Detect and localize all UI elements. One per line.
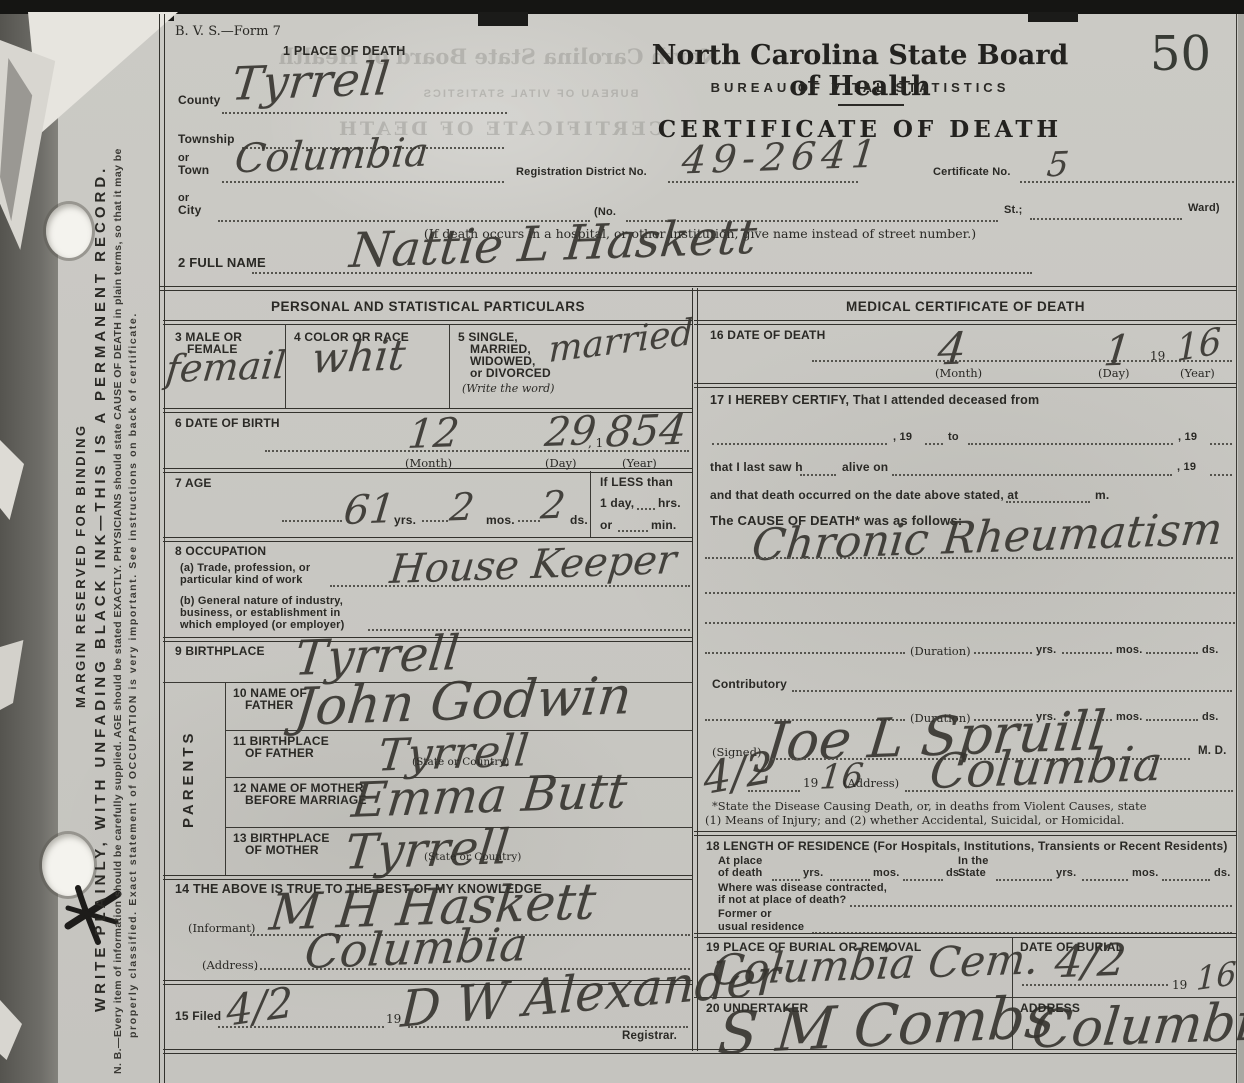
certificate-no-value: 5: [1045, 148, 1070, 183]
or-label: or: [600, 519, 612, 533]
death-year-prefix: 19: [1150, 349, 1165, 363]
res-yrs-2: yrs.: [1056, 867, 1076, 880]
registration-district-line: [668, 181, 858, 183]
age-mos-label: mos.: [486, 514, 515, 528]
death-occurred-label: and that death occurred on the date abov…: [710, 489, 1018, 503]
alive-on-label: alive on: [842, 461, 888, 475]
punch-hole: [46, 204, 92, 258]
mother-state-or-country-caption: (State or Country): [424, 851, 521, 863]
age-line: [422, 520, 448, 522]
footnote-line-1: *State the Disease Causing Death, or, in…: [712, 799, 1147, 813]
header-rule: [838, 104, 904, 106]
certify-label: 17 I HEREBY CERTIFY, That I attended dec…: [710, 393, 1039, 407]
attended-from-line: [712, 443, 887, 445]
row-divider: [694, 383, 1237, 388]
registrar-caption: Registrar.: [622, 1030, 677, 1043]
contributory-label: Contributory: [712, 678, 787, 692]
town-label: Town: [178, 164, 209, 178]
filed-line: [218, 1026, 384, 1028]
at-place-label-1: At place: [718, 855, 762, 868]
date-of-death-line: [812, 360, 1232, 362]
death-occurred-m: m.: [1095, 489, 1109, 503]
at-place-label-2: of death: [718, 867, 762, 880]
mother-name-value: Emma Butt: [350, 767, 630, 825]
age-yrs-label: yrs.: [394, 514, 416, 528]
parents-cell-divider: [225, 682, 226, 875]
page-number: 50: [1150, 26, 1230, 82]
cell-divider: [449, 324, 450, 408]
full-name-value: Nattie L Haskett: [348, 213, 759, 275]
burial-19-prefix: 19: [1172, 978, 1187, 992]
binding-tab: [1028, 12, 1078, 22]
contracted-label-1: Where was disease contracted,: [718, 882, 887, 895]
medical-section-title: MEDICAL CERTIFICATE OF DEATH: [694, 299, 1237, 315]
duration-mos: mos.: [1116, 644, 1142, 657]
town-line: [222, 181, 504, 183]
header-divider: [160, 286, 1237, 291]
row-divider: [163, 468, 693, 473]
alive-line: [1210, 474, 1232, 476]
father-birthplace-label-2: OF FATHER: [245, 747, 314, 761]
margin-binding-note: MARGIN RESERVED FOR BINDING: [74, 423, 89, 708]
st-line: [1030, 218, 1182, 220]
certificate-no-label: Certificate No.: [933, 166, 1011, 179]
res-yrs-1: yrs.: [803, 867, 823, 880]
informant-caption: (Informant): [188, 921, 255, 935]
age-ds-label: ds.: [570, 514, 588, 528]
sign-date-line: [748, 790, 800, 792]
margin-instructions-line2: properly classified. Exact statement of …: [127, 312, 139, 1038]
age-cell-divider: [590, 471, 591, 537]
city-label: City: [178, 204, 201, 218]
burial-year-value: 16: [1196, 957, 1237, 995]
sign-address-line: [905, 790, 1233, 792]
age-line: [282, 520, 342, 522]
res-line: [1082, 879, 1128, 881]
contracted-label-2: if not at place of death?: [718, 894, 846, 907]
age-years-value: 61: [342, 489, 397, 531]
res-line: [830, 879, 870, 881]
min-line: [618, 530, 648, 532]
death-year-caption: (Year): [1180, 366, 1215, 380]
md-label: M. D.: [1198, 745, 1226, 758]
date-of-death-label: 16 DATE OF DEATH: [710, 329, 825, 343]
age-months-value: 2: [448, 487, 476, 526]
county-line: [222, 112, 507, 114]
res-line: [1162, 879, 1210, 881]
duration2-ds: ds.: [1202, 711, 1219, 724]
mother-birthplace-value: Tyrrell: [343, 823, 512, 877]
age-days-value: 2: [539, 485, 567, 524]
occupation-label: 8 OCCUPATION: [175, 545, 266, 559]
burial-place-value: Columbia Cem.: [710, 938, 1041, 992]
margin-instructions-line1: N. B.—Every item of information should b…: [112, 148, 124, 1074]
township-label: Township: [178, 133, 235, 147]
undertaker-signature: S M Combs: [716, 987, 1058, 1063]
sex-value: femail: [164, 346, 288, 388]
occupation-value: House Keeper: [388, 540, 678, 590]
form-id: B. V. S.—Form 7: [175, 24, 281, 39]
duration-caption: (Duration): [910, 644, 971, 658]
attended-line: [1210, 443, 1232, 445]
county-label: County: [178, 94, 221, 108]
occupation-b-label-1: (b) General nature of industry,: [180, 595, 343, 608]
full-name-line: [252, 272, 1032, 274]
death-day-caption: (Day): [1098, 366, 1130, 380]
scanned-death-certificate: MARGIN RESERVED FOR BINDING WRITE PLAINL…: [0, 0, 1244, 1083]
footnote-line-2: (1) Means of Injury; and (2) whether Acc…: [705, 813, 1124, 827]
ghost-bureau-text: BUREAU OF VITAL STATISTICS: [400, 88, 660, 100]
min-label: min.: [651, 519, 676, 533]
occupation-a-line: [330, 585, 690, 587]
adjacent-page-edge: [1238, 12, 1244, 1083]
occupation-a-label-1: (a) Trade, profession, or: [180, 562, 310, 575]
attended-line: [925, 443, 943, 445]
res-line: [996, 879, 1052, 881]
filed-label: 15 Filed: [175, 1010, 221, 1024]
certificate-no-line: [1020, 181, 1234, 183]
birthplace-label: 9 BIRTHPLACE: [175, 645, 265, 659]
registration-district-value: 49-2641: [680, 134, 884, 179]
binding-tab: [478, 12, 528, 26]
dob-label: 6 DATE OF BIRTH: [175, 417, 280, 431]
dob-year-prefix: , 1: [588, 436, 603, 450]
last-saw-label: that I last saw h: [710, 461, 803, 475]
res-line: [903, 879, 943, 881]
if-less-than-label: If LESS than: [600, 476, 673, 490]
registration-district-label: Registration District No.: [516, 166, 647, 179]
duration-lead-line: [705, 652, 905, 654]
hrs-line: [637, 508, 655, 510]
burial-date-value: 4/2: [1053, 939, 1128, 986]
margin-write-plainly-note: WRITE PLAINLY, WITH UNFADING BLACK INK—T…: [92, 165, 109, 1012]
last-saw-line: [800, 474, 836, 476]
form-right-border: [1236, 14, 1237, 1083]
town-value: Columbia: [233, 133, 431, 180]
full-name-label: 2 FULL NAME: [178, 256, 266, 271]
alive-on-19: , 19: [1177, 461, 1196, 474]
parents-vertical-label: PARENTS: [180, 729, 197, 828]
county-value: Tyrrell: [230, 55, 392, 107]
marital-write-word-note: (Write the word): [462, 382, 554, 395]
former-label-2: usual residence: [718, 921, 804, 934]
death-year-value: 16: [1176, 324, 1221, 369]
attended-to-label: to: [948, 431, 959, 444]
form-left-border: [159, 14, 165, 1083]
cause-line-2: [705, 592, 1235, 594]
duration2-mos: mos.: [1116, 711, 1142, 724]
sign-date-value: 4/2: [702, 746, 775, 802]
bureau-subtitle: BUREAU OF VITAL STATISTICS: [650, 80, 1070, 95]
duration-line: [1062, 652, 1112, 654]
attended-to-19: , 19: [1178, 431, 1197, 444]
contracted-line: [850, 905, 1232, 907]
occupation-b-label-2: business, or establishment in: [180, 607, 340, 620]
in-the-label-2: State: [958, 867, 986, 880]
cause-line-3: [705, 622, 1235, 624]
in-the-label-1: In the: [958, 855, 989, 868]
duration-line: [974, 652, 1032, 654]
age-line: [518, 520, 540, 522]
hrs-label: hrs.: [658, 497, 681, 511]
informant-address-caption: (Address): [202, 958, 258, 972]
father-name-label-2: FATHER: [245, 699, 293, 713]
st-label: St.;: [1004, 204, 1023, 217]
race-value: whit: [310, 334, 408, 379]
row-divider: [694, 831, 1237, 836]
res-line: [772, 879, 800, 881]
ward-label: Ward): [1188, 202, 1220, 215]
dob-year-value: 854: [604, 409, 689, 454]
sign-address-caption: (Address): [843, 776, 899, 790]
death-month-caption: (Month): [935, 366, 982, 380]
registrar-line: [408, 1026, 688, 1028]
mother-birthplace-label-2: OF MOTHER: [245, 844, 319, 858]
attended-to-line: [968, 443, 1173, 445]
age-label: 7 AGE: [175, 477, 212, 491]
undertaker-address-value: Columbia: [1029, 996, 1244, 1057]
contributory-line: [792, 690, 1232, 692]
father-state-or-country-caption: (State or Country): [412, 756, 509, 768]
occupation-a-label-2: particular kind of work: [180, 574, 303, 587]
father-name-value: John Godwin: [292, 670, 634, 734]
res-ds-2: ds.: [1214, 867, 1231, 880]
mother-name-label-2: BEFORE MARRIAGE: [245, 794, 367, 808]
sign-address-value: Columbia: [928, 740, 1165, 796]
cause-line-1: [705, 557, 1233, 559]
former-label-1: Former or: [718, 908, 772, 921]
marital-label-4: or DIVORCED: [470, 367, 551, 381]
duration-ds: ds.: [1202, 644, 1219, 657]
alive-on-line: [892, 474, 1172, 476]
duration-line: [1146, 652, 1198, 654]
sign-19-prefix: 19: [803, 776, 818, 790]
one-day-label: 1 day,: [600, 497, 634, 511]
duration2-line: [1146, 719, 1198, 721]
death-occurred-line: [1006, 501, 1090, 503]
personal-section-title: PERSONAL AND STATISTICAL PARTICULARS: [163, 299, 693, 315]
res-mos-1: mos.: [873, 867, 899, 880]
attended-from-19: , 19: [893, 431, 912, 444]
residence-label: 18 LENGTH OF RESIDENCE (For Hospitals, I…: [706, 840, 1228, 854]
duration-yrs: yrs.: [1036, 644, 1056, 657]
dob-month-value: 12: [406, 413, 461, 455]
informant-address-value: Columbia: [303, 921, 530, 975]
res-mos-2: mos.: [1132, 867, 1158, 880]
